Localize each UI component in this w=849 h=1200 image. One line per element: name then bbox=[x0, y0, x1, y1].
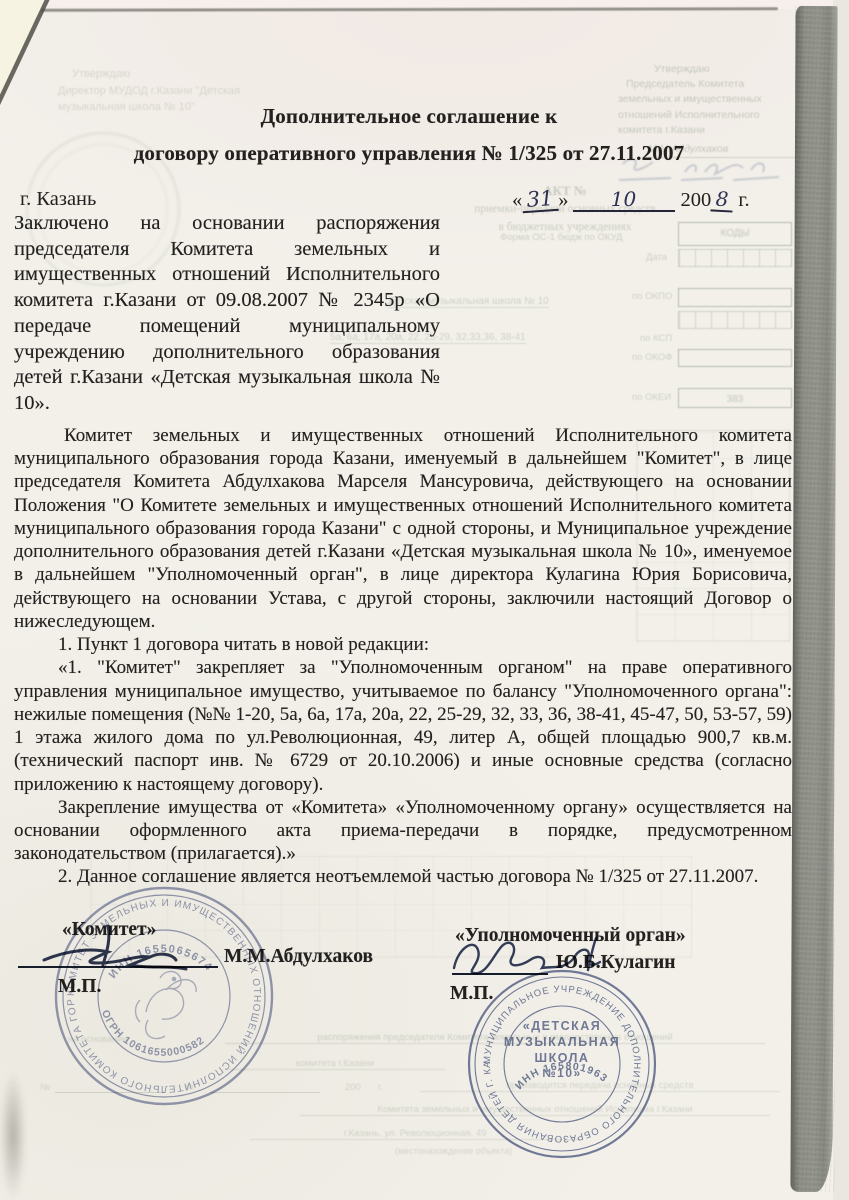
body-text: Комитет земельных и имущественных отноше… bbox=[14, 424, 792, 889]
school-stamp: МУНИЦИПАЛЬНОЕ УЧРЕЖДЕНИЕ ДОПОЛНИТЕЛЬНОГО… bbox=[462, 964, 662, 1164]
date-line: «31»102008 г. bbox=[512, 188, 802, 212]
scanned-agreement-page: Утверждаю Директор МУДОД г.Казани "Детск… bbox=[0, 0, 849, 1200]
committee-stamp-ogrn: ОГРН 1061655000582 bbox=[99, 1008, 207, 1059]
bleed-okud-label: Форма ОС-1 бюдж по ОКУД bbox=[500, 232, 623, 243]
bleed-text: Директор МУДОД г.Казани "Детская bbox=[58, 83, 278, 100]
page-corner-fold bbox=[0, 0, 56, 112]
bleed-ksp-label: по КСП bbox=[640, 333, 672, 344]
paragraph-transfer: Закрепление имущества от «Комитета» «Упо… bbox=[14, 796, 792, 866]
bleed-kody-box: КОДЫ bbox=[678, 222, 792, 246]
bleed-cells-row bbox=[678, 249, 792, 267]
date-month-handwritten: 10 bbox=[573, 189, 675, 212]
bleed-text: Утверждаю bbox=[654, 62, 796, 77]
date-year-suffix: г. bbox=[738, 189, 749, 211]
paragraph-clause-1-text: «1. "Комитет" закрепляет за "Уполномочен… bbox=[14, 656, 792, 795]
scan-bottom-smudge bbox=[0, 1070, 26, 1200]
committee-stamp: КОМИТЕТ ЗЕМЕЛЬНЫХ И ИМУЩЕСТВЕННЫХ ОТНОШЕ… bbox=[48, 880, 280, 1112]
title-line-2: договору оперативного управления № 1/325… bbox=[14, 141, 804, 166]
bleed-okpo-box bbox=[678, 288, 792, 307]
paragraph-preamble: Комитет земельных и имущественных отноше… bbox=[14, 424, 792, 633]
bleed-bottom-row3-g: г. bbox=[378, 1082, 383, 1093]
bleed-text: Председатель Комитета bbox=[626, 77, 796, 92]
title-line-1: Дополнительное соглашение к bbox=[261, 104, 558, 128]
bleed-okpo-label: по ОКПО bbox=[632, 291, 672, 302]
document-title: Дополнительное соглашение к договору опе… bbox=[14, 104, 804, 166]
scan-top-edge-line bbox=[34, 7, 778, 12]
bleed-cells-row bbox=[678, 311, 792, 329]
paragraph-clause-1: 1. Пункт 1 договора читать в новой редак… bbox=[14, 633, 792, 656]
bleed-bottom-row3-year: 200 bbox=[345, 1082, 361, 1093]
school-stamp-name-line1: «ДЕТСКАЯ bbox=[523, 1019, 602, 1033]
bleed-okei-box: 383 bbox=[678, 388, 792, 408]
committee-signature-stroke bbox=[34, 922, 214, 982]
bleed-okei-label: по ОКЕИ bbox=[632, 392, 671, 403]
bleed-text: Утверждаю bbox=[72, 66, 278, 83]
bleed-okof-box bbox=[678, 349, 792, 367]
date-year-printed: 200 bbox=[681, 189, 712, 211]
school-stamp-name-line2: МУЗЫКАЛЬНАЯ bbox=[504, 1035, 620, 1049]
bleed-text: 383 bbox=[727, 394, 744, 405]
bleed-okof-label: по ОКОФ bbox=[632, 352, 673, 363]
bleed-text: КОДЫ bbox=[721, 228, 750, 239]
date-day-handwritten: 31 bbox=[521, 187, 559, 213]
date-close-quote: » bbox=[558, 189, 568, 211]
intro-paragraph: Заключено на основании распоряжения пред… bbox=[14, 211, 440, 417]
bleed-data-label: Дата bbox=[646, 252, 667, 263]
adjacent-page-edge-texture bbox=[795, 6, 835, 1192]
svg-text:ОГРН 1061655000582: ОГРН 1061655000582 bbox=[99, 1008, 207, 1059]
city-label: г. Казань bbox=[20, 188, 96, 211]
date-year-digit-handwritten: 8 bbox=[711, 188, 734, 212]
director-signature-stroke bbox=[446, 926, 616, 984]
